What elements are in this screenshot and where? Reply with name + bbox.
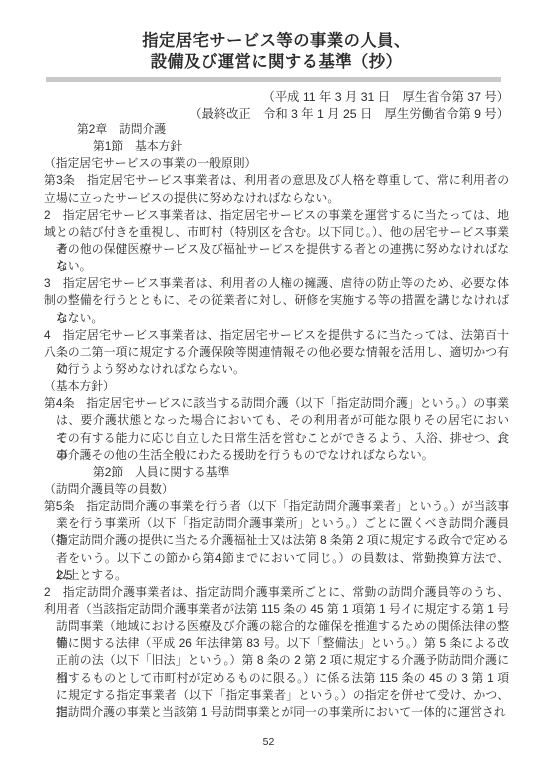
text-line: 2 指定訪問介護事業者は、指定訪問介護事業所ごとに、常勤の訪問介護員等のうち、利 — [44, 584, 509, 601]
text-line: （基本方針） — [44, 378, 509, 395]
text-line: 2 指定居宅サービス事業者は、指定居宅サービスの事業を運営するに当たっては、地域 — [44, 207, 509, 224]
title-line-2: 設備及び運営に関する基準（抄） — [44, 52, 509, 73]
title-divider-rule — [46, 77, 501, 82]
text-line: は、要介護状態となった場合においても、その利用者が可能な限りその居宅において、 — [44, 412, 509, 429]
document-page: 指定居宅サービス等の事業の人員、 設備及び運営に関する基準（抄） （平成 11 … — [0, 0, 537, 772]
text-line: （指定居宅サービスの事業の一般原則） — [44, 155, 509, 172]
text-line: （指定訪問介護の提供に当たる介護福祉士又は法第 8 条第 2 項に規定する政令で… — [44, 532, 509, 549]
text-line: 以上とする。 — [44, 567, 509, 584]
document-body: 第2章 訪問介護第1節 基本方針（指定居宅サービスの事業の一般原則）第3条 指定… — [44, 121, 509, 721]
text-line: 3 指定居宅サービス事業者は、利用者の人権の擁護、虐待の防止等のため、必要な体制 — [44, 275, 509, 292]
text-line: の介護その他の生活全般にわたる援助を行うものでなければならない。 — [44, 447, 509, 464]
text-line: 場に立ったサービスの提供に努めなければならない。 — [44, 190, 509, 207]
text-line: 条の二第一項に規定する介護保険等関連情報その他必要な情報を活用し、適切かつ有効 — [44, 344, 509, 361]
text-line: 当するものとして市町村が定めるものに限る。）に係る法第 115 条の 45 の … — [44, 670, 509, 687]
text-line: 第3条 指定居宅サービス事業者は、利用者の意思及び人格を尊重して、常に利用者の立 — [44, 172, 509, 189]
text-line: 第5条 指定訪問介護の事業を行う者（以下「指定訪問介護事業者」という。）が当該事 — [44, 498, 509, 515]
text-line: に行うよう努めなければならない。 — [44, 361, 509, 378]
text-line: 第1節 基本方針 — [44, 138, 509, 155]
title-line-1: 指定居宅サービス等の事業の人員、 — [44, 31, 509, 52]
text-line: その他の保健医療サービス及び福祉サービスを提供する者との連携に努めなければなら — [44, 241, 509, 258]
text-line: 定訪問介護の事業と当該第 1 号訪問事業とが同一の事業所において一体的に運営され — [44, 704, 509, 721]
text-line: との結び付きを重視し、市町村（特別区を含む。以下同じ。）、他の居宅サービス事業者 — [44, 224, 509, 241]
text-line: 正前の法（以下「旧法」という。）第 8 条の 2 第 2 項に規定する介護予防訪… — [44, 652, 509, 669]
text-line: 第2節 人員に関する基準 — [44, 464, 509, 481]
promulgation-notes: （平成 11 年 3 月 31 日 厚生省令第 37 号） （最終改正 令和 3… — [44, 89, 509, 123]
text-line: その有する能力に応じ自立した日常生活を営むことができるよう、入浴、排せつ、食事 — [44, 430, 509, 447]
text-line: 訪問事業（地域における医療及び介護の総合的な確保を推進するための関係法律の整備 — [44, 618, 509, 635]
text-line: 者をいう。以下この節から第4節までにおいて同じ。）の員数は、常勤換算方法で、2.… — [44, 550, 509, 567]
text-line: 4 指定居宅サービス事業者は、指定居宅サービスを提供するに当たっては、法第百十八 — [44, 327, 509, 344]
text-line: 業を行う事業所（以下「指定訪問介護事業所」という。）ごとに置くべき訪問介護員等 — [44, 515, 509, 532]
text-line: らない。 — [44, 310, 509, 327]
text-line: に規定する指定事業者（以下「指定事業者」という。）の指定を併せて受け、かつ、指 — [44, 687, 509, 704]
text-line: ない。 — [44, 258, 509, 275]
page-number: 52 — [0, 736, 537, 748]
text-line: の整備を行うとともに、その従業者に対し、研修を実施する等の措置を講じなければな — [44, 292, 509, 309]
text-line: 第4条 指定居宅サービスに該当する訪問介護（以下「指定訪問介護」という。）の事業 — [44, 395, 509, 412]
text-line: 等に関する法律（平成 26 年法律第 83 号。以下「整備法」という。）第 5 … — [44, 635, 509, 652]
text-line: （訪問介護員等の員数） — [44, 481, 509, 498]
text-line: 用者（当該指定訪問介護事業者が法第 115 条の 45 第 1 項第 1 号イに… — [44, 601, 509, 618]
document-title: 指定居宅サービス等の事業の人員、 設備及び運営に関する基準（抄） — [44, 31, 509, 72]
promulgation-date-line: （平成 11 年 3 月 31 日 厚生省令第 37 号） — [44, 89, 509, 106]
text-line: 第2章 訪問介護 — [44, 121, 509, 138]
